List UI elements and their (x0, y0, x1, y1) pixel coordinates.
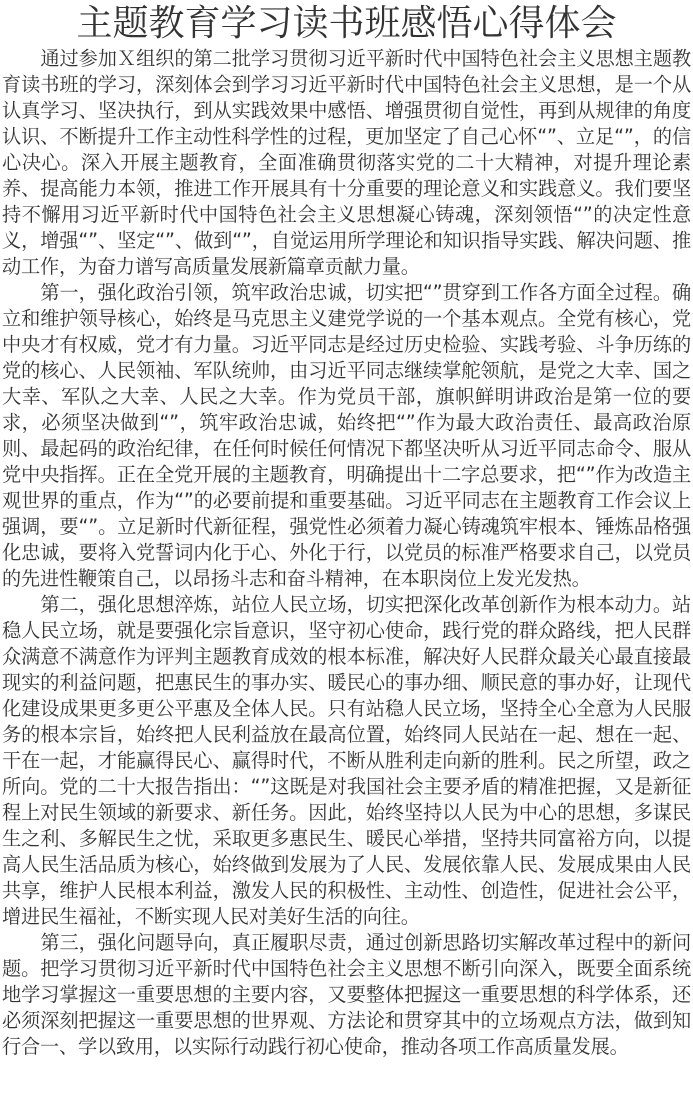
document-title: 主题教育学习读书班感悟心得体会 (2, 0, 691, 46)
document: 主题教育学习读书班感悟心得体会 通过参加Ｘ组织的第二批学习贯彻习近平新时代中国特… (0, 0, 691, 1060)
paragraph-intro: 通过参加Ｘ组织的第二批学习贯彻习近平新时代中国特色社会主义思想主题教育读书班的学… (2, 46, 691, 280)
paragraph-second-point: 第二，强化思想淬炼，站位人民立场，切实把深化改革创新作为根本动力。站稳人民立场，… (2, 592, 691, 930)
paragraph-third-point: 第三，强化问题导向，真正履职尽责，通过创新思路切实解改革过程中的新问题。把学习贯… (2, 930, 691, 1060)
paragraph-first-point: 第一，强化政治引领，筑牢政治忠诚，切实把“”贯穿到工作各方面全过程。确立和维护领… (2, 280, 691, 592)
